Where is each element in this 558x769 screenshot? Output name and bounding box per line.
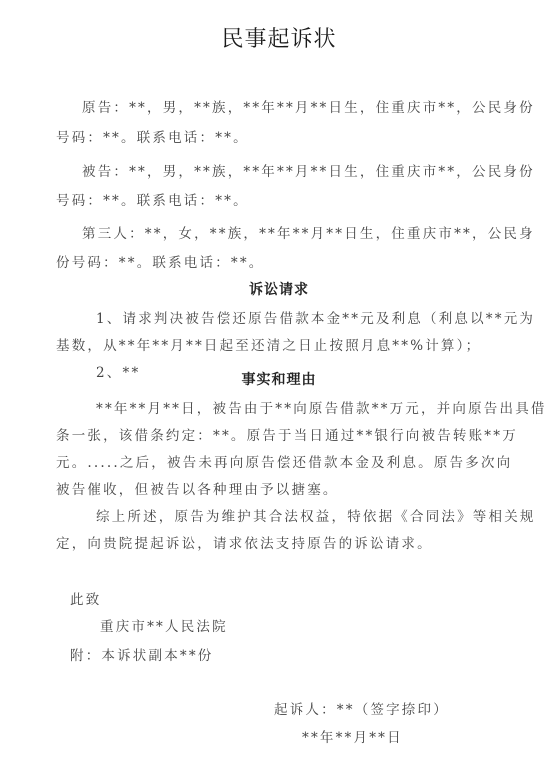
defendant-line-2: 号码：**。联系电话：**。 <box>56 189 249 209</box>
facts-p2-line-2: 定，向贵院提起诉讼，请求依法支持原告的诉讼请求。 <box>56 532 433 552</box>
document-title: 民事起诉状 <box>0 22 558 53</box>
attachment-note: 附：本诉状副本**份 <box>70 644 214 664</box>
defendant-line-1: 被告：**，男，**族，**年**月**日生，住重庆市**，公民身份 <box>82 160 535 180</box>
court-name: 重庆市**人民法院 <box>100 615 228 635</box>
claim-1-line-2: 基数，从**年**月**日起至还清之日止按照月息**%计算）； <box>56 334 481 354</box>
third-party-line-1: 第三人：**，女，**族，**年**月**日生，住重庆市**，公民身 <box>82 222 535 242</box>
facts-heading: 事实和理由 <box>0 369 558 389</box>
plaintiff-line-2: 号码：**。联系电话：**。 <box>56 126 249 146</box>
facts-p2-line-1: 综上所述，原告为维护其合法权益，特依据《合同法》等相关规 <box>96 505 536 525</box>
salutation: 此致 <box>70 588 101 608</box>
facts-p1-line-3: 元。.....之后，被告未再向原告偿还借款本金及利息。原告多次向 <box>56 451 512 471</box>
claim-1-line-1: 1、请求判决被告偿还原告借款本金**元及利息（利息以**元为 <box>96 307 535 327</box>
facts-p1-line-1: **年**月**日，被告由于**向原告借款**万元，并向原告出具借 <box>96 397 547 417</box>
facts-p1-line-2: 条一张，该借条约定：**。原告于当日通过**银行向被告转账**万 <box>56 424 518 444</box>
signature-date: **年**月**日 <box>302 726 403 746</box>
plaintiff-line-1: 原告：**，男，**族，**年**月**日生，住重庆市**，公民身份 <box>82 96 535 116</box>
claims-heading: 诉讼请求 <box>0 279 558 299</box>
third-party-line-2: 份号码：**。联系电话：**。 <box>56 251 265 271</box>
facts-p1-line-4: 被告催收，但被告以各种理由予以搪塞。 <box>56 478 339 498</box>
signer-line: 起诉人：**（签字捺印） <box>274 698 449 718</box>
